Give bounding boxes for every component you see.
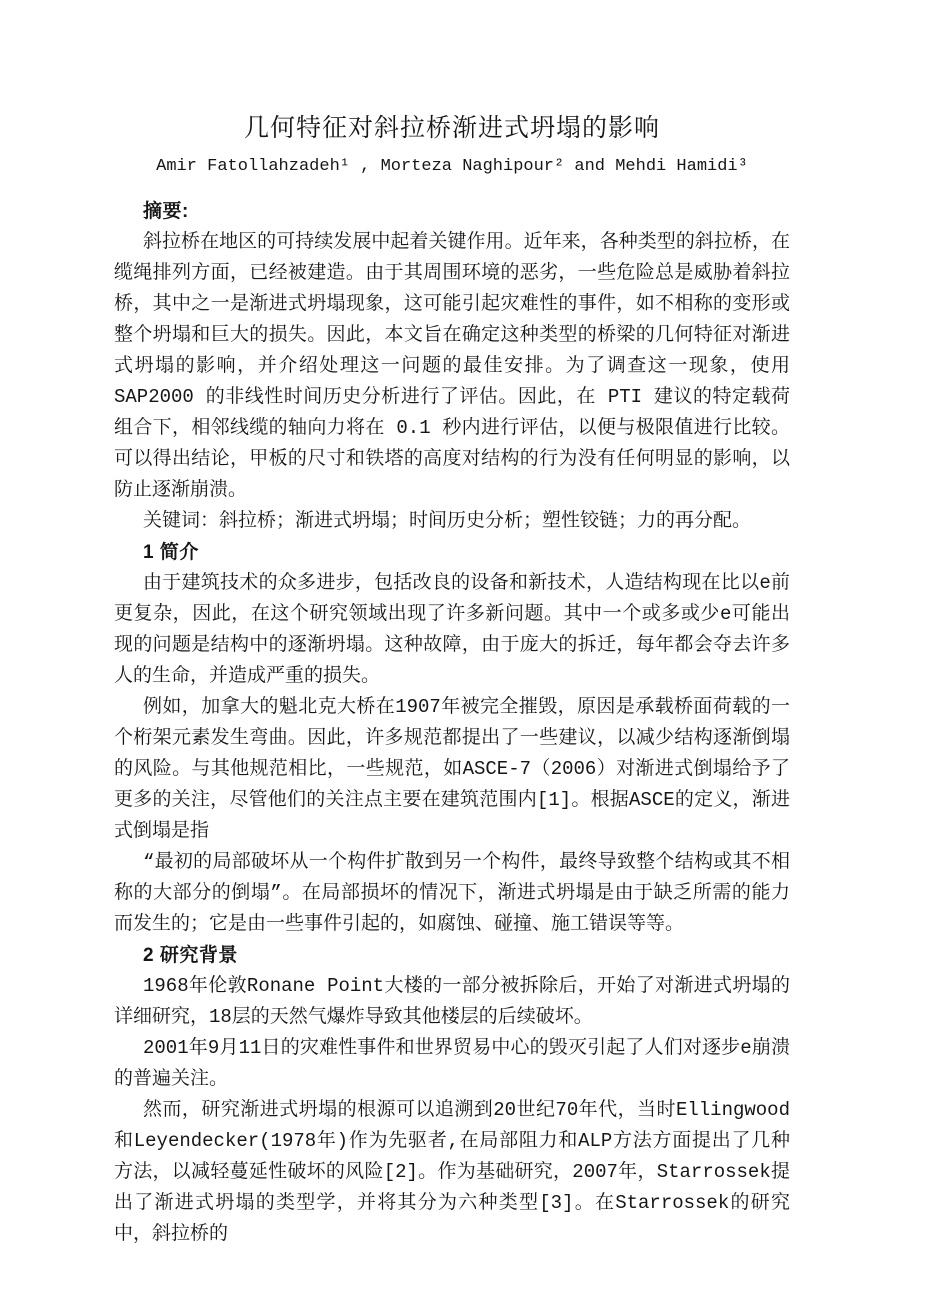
- document-page: 几何特征对斜拉桥渐进式坍塌的影响 Amir Fatollahzadeh¹ , M…: [0, 0, 926, 1309]
- abstract-paragraph: 斜拉桥在地区的可持续发展中起着关键作用。近年来，各种类型的斜拉桥，在缆绳排列方面…: [114, 227, 790, 506]
- section-1-paragraph-2: 例如，加拿大的魁北克大桥在1907年被完全摧毁，原因是承载桥面荷载的一个桁架元素…: [114, 692, 790, 847]
- section-1-heading: 1 简介: [114, 537, 790, 568]
- section-1-paragraph-3-quote: “最初的局部破坏从一个构件扩散到另一个构件，最终导致整个结构或其不相称的大部分的…: [114, 847, 790, 940]
- page-title: 几何特征对斜拉桥渐进式坍塌的影响: [114, 112, 790, 146]
- section-2-paragraph-1: 1968年伦敦Ronane Point大楼的一部分被拆除后，开始了对渐进式坍塌的…: [114, 971, 790, 1033]
- abstract-heading: 摘要:: [114, 196, 790, 227]
- section-1-paragraph-1: 由于建筑技术的众多进步，包括改良的设备和新技术，人造结构现在比以e前更复杂，因此…: [114, 568, 790, 692]
- section-2-paragraph-2: 2001年9月11日的灾难性事件和世界贸易中心的毁灭引起了人们对逐步e崩溃的普遍…: [114, 1033, 790, 1095]
- keywords-line: 关键词：斜拉桥；渐进式坍塌；时间历史分析；塑性铰链；力的再分配。: [114, 506, 790, 537]
- section-2-heading: 2 研究背景: [114, 940, 790, 971]
- section-2-paragraph-3: 然而，研究渐进式坍塌的根源可以追溯到20世纪70年代，当时Ellingwood和…: [114, 1095, 790, 1250]
- authors-line: Amir Fatollahzadeh¹ , Morteza Naghipour²…: [114, 152, 790, 182]
